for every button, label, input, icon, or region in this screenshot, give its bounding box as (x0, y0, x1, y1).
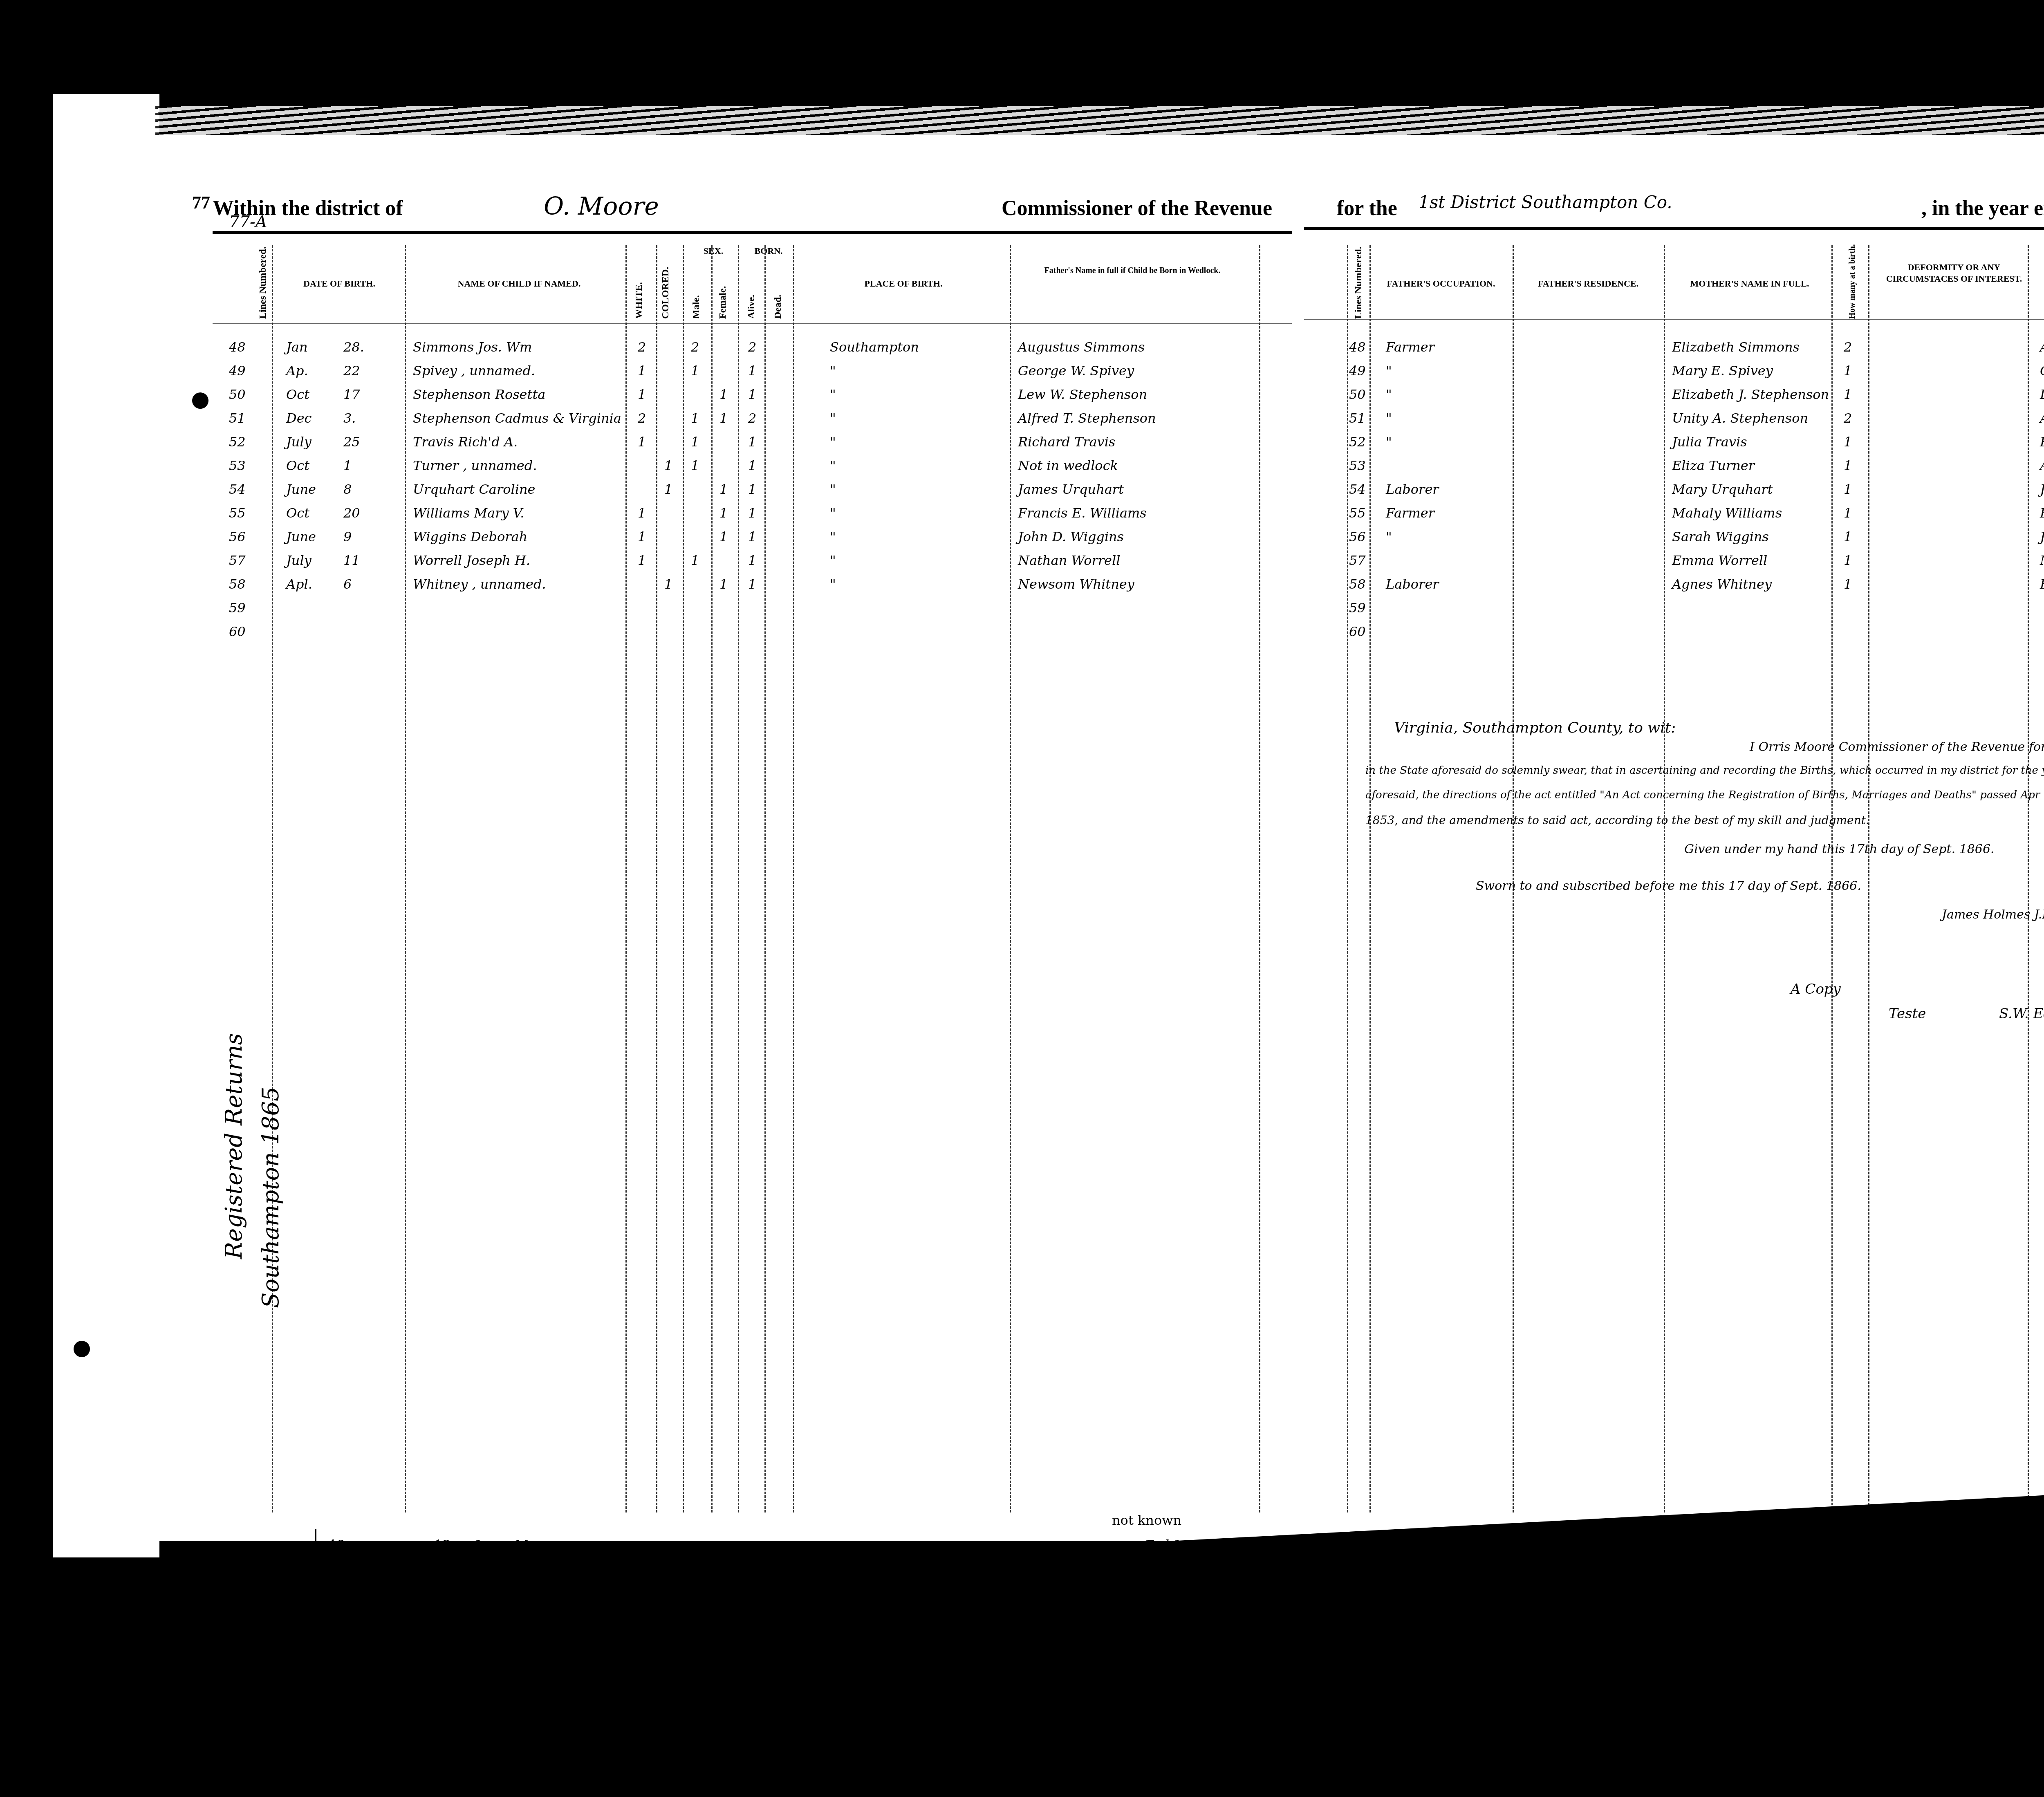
line-number: 48 (1349, 339, 1366, 355)
district-label: Within the district of (213, 196, 403, 220)
cert-given: Given under my hand this 17th day of Sep… (1684, 842, 1995, 856)
entry-row-right: 56"Sarah Wiggins1J. Wiggins" (0, 529, 2044, 548)
col-fathers-name: Father's Name in full if Child be Born i… (1014, 266, 1251, 276)
line-number: 49 (1349, 363, 1366, 379)
cert-line-2: in the State aforesaid do solemnly swear… (1365, 764, 2044, 777)
mother-name: Sarah Wiggins (1672, 529, 1769, 544)
mother-name: Julia Travis (1672, 434, 1747, 450)
margin-note-line-2: Southampton 1865 (258, 1087, 284, 1308)
entry-row-right: 60 (0, 624, 2044, 643)
informant-name: J. Urquhart (2040, 482, 2044, 497)
line-number: 56 (1349, 529, 1366, 544)
col-informant-name: NAME OF PERSON GIVING INFORMATION OF BIR… (2040, 266, 2044, 288)
torn-paper-strip (53, 94, 159, 1557)
col-dead: Dead. (773, 278, 784, 319)
birth-month: Oct (380, 1558, 403, 1574)
entry-row-right: 59 (0, 600, 2044, 619)
col-sex: SEX. (687, 245, 740, 257)
birth-count: 1 (1844, 529, 1852, 544)
district-handwritten: 1st District Southampton Co. (1419, 192, 1672, 212)
mother-name: Unity A. Stephenson (1672, 410, 1808, 426)
informant-name: F. Williams (2040, 505, 2044, 521)
mother-name: Agnes Whitney (1672, 576, 1772, 592)
for-the-label: for the (1337, 196, 1397, 220)
col-mothers-name: MOTHER'S NAME IN FULL. (1672, 278, 1827, 289)
birth-count: 1 (1844, 363, 1852, 379)
entry-row-right: 53Eliza Turner1A. VickHead of fam (0, 458, 2044, 477)
father-occupation: Laborer (1386, 482, 1439, 497)
father-occupation: " (1386, 434, 1392, 450)
header-rule-right (1304, 227, 2044, 230)
father-occupation: Farmer (1386, 505, 1434, 521)
birth-count: 1 (1844, 387, 1852, 402)
cert-line-4: 1853, and the amendments to said act, ac… (1365, 813, 1869, 827)
line-number: 47 (327, 1558, 344, 1574)
entry-row-right: 57Emma Worrell1N. Worrell" (0, 553, 2044, 571)
col-lines-numbered: Lines Numbered. (258, 245, 269, 319)
informant-name: A.T. Stephenson (2040, 410, 2044, 426)
clerk-signature: S.W. Edwards Clk. Southampton Co. (1999, 1006, 2044, 1022)
line-number: 55 (1349, 505, 1366, 521)
district-name: O. Moore (544, 192, 659, 221)
birth-count: 1 (1844, 434, 1852, 450)
line-number: 54 (1349, 482, 1366, 497)
mother-name: Mary E. Spivey (1672, 363, 1773, 379)
father-occupation: Laborer (1386, 576, 1439, 592)
birth-day: 13 (433, 1537, 450, 1553)
underlying-note: not known (1112, 1512, 1181, 1528)
birth-count: 1 (1844, 458, 1852, 473)
entry-row-right: 54LaborerMary Urquhart1J. Urquhart" (0, 482, 2044, 500)
informant-name: L.W. Stephenson (2040, 387, 2044, 402)
margin-note-line-1: Registered Returns (221, 1033, 247, 1259)
birth-count: 2 (1844, 339, 1852, 355)
mother-name: Emma Worrell (1672, 553, 1767, 568)
line-number: 60 (1349, 624, 1366, 639)
line-number: 50 (1349, 387, 1366, 402)
line-number: 46 (327, 1537, 344, 1553)
line-number: 51 (1349, 410, 1366, 426)
birth-count: 1 (1844, 553, 1852, 568)
col-born: BORN. (742, 245, 795, 257)
col-deformity: DEFORMITY OR ANY CIRCUMSTACES OF INTERES… (1880, 262, 2028, 284)
col-male: Male. (691, 278, 702, 319)
cert-line-3: aforesaid, the directions of the act ent… (1365, 789, 2040, 801)
mother-name: Mahaly Williams (1672, 505, 1782, 521)
line-number: 58 (1349, 576, 1366, 592)
cert-teste: Teste (1889, 1006, 1926, 1022)
col-alive: Alive. (746, 278, 757, 319)
col-lines-numbered-right: Lines Numbered. (1353, 245, 1364, 319)
father-occupation: " (1386, 529, 1392, 544)
informant-name: J. Wiggins (2040, 529, 2044, 544)
cert-sworn: Sworn to and subscribed before me this 1… (1476, 879, 1861, 893)
informant-name: A. Vick (2040, 458, 2044, 473)
mother-name: Elizabeth J. Stephenson (1672, 387, 1829, 402)
line-number: 52 (1349, 434, 1366, 450)
birth-day: 11 (433, 1558, 450, 1574)
cert-line-1: I Orris Moore Commissioner of the Revenu… (1750, 740, 2044, 754)
entry-row-right: 51"Unity A. Stephenson2A.T. Stephenson" (0, 410, 2044, 429)
commissioner-label: Commissioner of the Revenue (1002, 196, 1272, 220)
line-number: 59 (1349, 600, 1366, 616)
jp-signature: James Holmes J.P. (1942, 907, 2044, 922)
cert-copy: A Copy (1791, 981, 1841, 997)
col-place-of-birth: PLACE OF BIRTH. (818, 278, 989, 289)
informant-name: A. Simmons (2040, 339, 2044, 355)
col-female: Female. (717, 278, 728, 319)
entry-row-right: 52"Julia Travis1R. Travis" (0, 434, 2044, 453)
father-occupation: " (1386, 387, 1392, 402)
informant-name: R. Travis (2040, 434, 2044, 450)
col-colored: COLORED. (660, 262, 671, 319)
entry-row-right: 58LaborerAgnes Whitney1E. WillsHead of f… (0, 576, 2044, 595)
mother-name: Elizabeth Simmons (1672, 339, 1800, 355)
line-number: 53 (1349, 458, 1366, 473)
child-name: Jones Mary (474, 1537, 549, 1553)
cert-heading: Virginia, Southampton County, to wit: (1394, 719, 1676, 736)
birth-count: 1 (1844, 505, 1852, 521)
year-label: , in the year ending 31st December, 18 (1921, 196, 2044, 220)
birth-count: 1 (1844, 576, 1852, 592)
entry-row-right: 55FarmerMahaly Williams1F. WilliamsFathe… (0, 505, 2044, 524)
mother-name: Mary Urquhart (1672, 482, 1773, 497)
birth-count: 1 (1844, 482, 1852, 497)
father-occupation: " (1386, 363, 1392, 379)
informant-name: G.W. Spivey (2040, 363, 2044, 379)
col-child-name: NAME OF CHILD IF NAMED. (417, 278, 621, 289)
line-number: 57 (1349, 553, 1366, 568)
informant-name: E. Wills (2040, 576, 2044, 592)
page-stamp: 77 (192, 192, 210, 213)
col-date-of-birth: DATE OF BIRTH. (278, 278, 401, 289)
entry-row-right: 50"Elizabeth J. Stephenson1L.W. Stephens… (0, 387, 2044, 406)
col-header-rule (213, 323, 1292, 324)
binding-hole (74, 1341, 90, 1357)
col-fathers-residence: FATHER'S RESIDENCE. (1521, 278, 1656, 289)
entry-row-right: 48FarmerElizabeth Simmons2A. SimmonsFath… (0, 339, 2044, 358)
father-occupation: Farmer (1386, 339, 1434, 355)
birth-count: 2 (1844, 410, 1852, 426)
mother-name: Eliza Turner (1672, 458, 1755, 473)
col-white: WHITE. (634, 262, 645, 319)
col-how-many: How many at a birth. (1848, 245, 1857, 319)
informant-name: N. Worrell (2040, 553, 2044, 568)
header-rule-left (213, 231, 1292, 234)
father-occupation: " (1386, 410, 1392, 426)
entry-row-right: 49"Mary E. Spivey1G.W. Spivey" (0, 363, 2044, 382)
child-name: Johnson Martha J. (474, 1558, 593, 1574)
col-header-rule (1304, 319, 2044, 320)
col-fathers-occupation: FATHER'S OCCUPATION. (1374, 278, 1508, 289)
